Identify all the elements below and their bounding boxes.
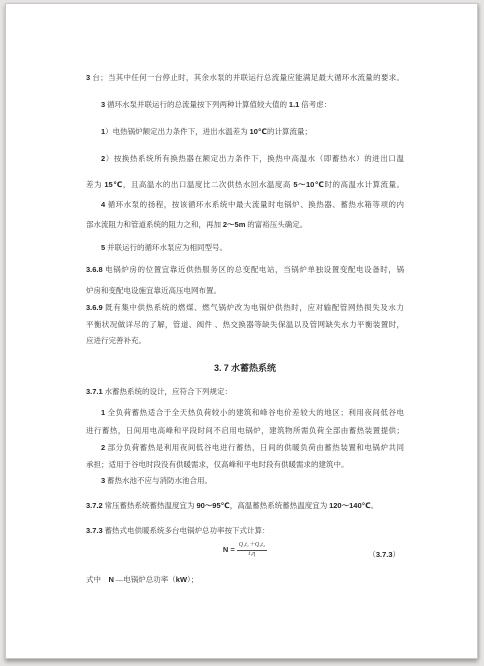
formula-equals: = [230,545,234,554]
text-line: 部水流阻力和管道系统的阻力之和，再加 2～5m 的富裕压头确定。 [86,220,404,230]
text-line: 3 台；当其中任何一台停止时，其余水泵的并联运行总流量应能满足最大循环水流量的要… [86,73,404,83]
text-line: 3.6.9 既有集中供热系统的燃煤、燃气锅炉改为电锅炉供热时，应对输配管网热损失… [86,303,404,313]
text-line: 2 部分负荷蓄热是利用夜间低谷电进行蓄热，日间的供暖负荷由蓄热装置和电锅炉共同 [101,443,404,453]
text-line: 5 并联运行的循环水泵应为相同型号。 [101,243,404,253]
text-line: 应进行完善补充。 [86,336,404,346]
formula-numerator: Q₁t₁＋Q₂t₂ [237,542,267,551]
text-line: 1 全负荷蓄热适合于全天热负荷较小的建筑和峰谷电价差较大的地区；利用夜间低谷电 [101,408,404,418]
text-line: 平衡状况做详尽的了解，管道、阀件 、热交换器等缺失保温以及管网缺失水力平衡装置时… [86,320,404,330]
text-line: 4 循环水泵的扬程，按该循环水系统中最大流量时电锅炉、换热器、蓄热水箱等项的内 [101,200,404,210]
text-line: 进行蓄热，日间用电高峰和平段时间不启用电锅炉，建筑物所需负荷全部由蓄热装置提供； [86,426,404,436]
text-line: 1）电热锅炉额定出力条件下，进出水温差为 10℃的计算流量； [101,127,404,137]
text-line: 3.7.1 水蓄热系统的设计，应符合下列规定： [86,387,404,397]
document-page: 3 台；当其中任何一台停止时，其余水泵的并联运行总流量应能满足最大循环水流量的要… [5,3,478,659]
page-body: 3 台；当其中任何一台停止时，其余水泵的并联运行总流量应能满足最大循环水流量的要… [6,4,477,658]
text-line: 2）按换热系统所有换热器在额定出力条件下，换热中高温水（即蓄热水）的进出口温 [101,154,404,164]
text-line: 式中 N —电锅炉总功率（kW）； [86,575,404,585]
text-line: 3 循环水泵并联运行的总流量按下列两种计算值较大值的 1.1 倍考虑： [101,100,404,110]
text-line: 炉房和变配电设施宜靠近高压电网布置。 [86,286,404,296]
text-line: 3.7.2 常压蓄热系统蓄热温度宜为 90～95℃，高温蓄热系统蓄热温度宜为 1… [86,501,404,511]
formula-line: N=Q₁t₁＋Q₂t₂t₁η（3.7.3） [86,542,404,568]
formula-fraction: Q₁t₁＋Q₂t₂t₁η [237,542,267,558]
text-line: 差为 15℃，且高温水的出口温度比二次供热水回水温度高 5～10℃时的高温水计算… [86,180,404,190]
text-line: 3 蓄热水池不应与消防水池合用。 [101,476,404,486]
text-line: 承担；适用于谷电时段没有供暖需求，仅高峰和平电时段有供暖需求的建筑中。 [86,460,404,470]
text-line: 3.7.3 蓄热式电供暖系统多台电锅炉总功率按下式计算： [86,526,404,536]
equation-number: （3.7.3） [368,550,400,560]
formula-denominator: t₁η [237,551,267,559]
section-heading: 3. 7 水蓄热系统 [86,362,404,374]
formula-lhs: N [223,545,228,554]
text-line: 3.6.8 电锅炉房的位置宜靠近供热服务区的总变配电站，当锅炉单独设置变配电设备… [86,265,404,275]
